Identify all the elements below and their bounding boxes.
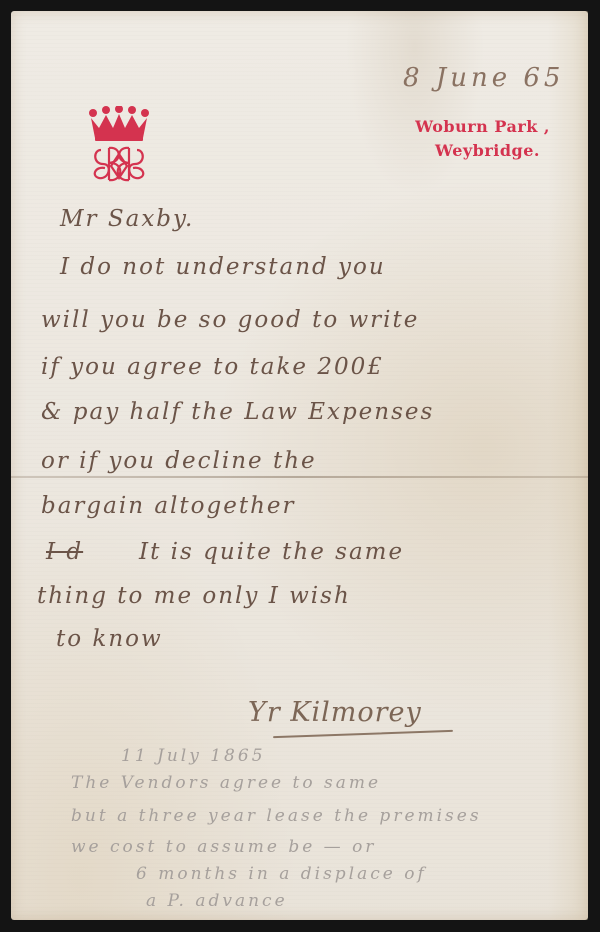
body-line-5: or if you decline the	[41, 448, 317, 474]
pencil-note-line-2: but a three year lease the premises	[71, 806, 482, 826]
fold-crease	[11, 476, 588, 478]
crown-monogram-icon	[87, 106, 151, 186]
body-line-2: will you be so good to write	[41, 307, 419, 333]
scan-stage: Woburn Park , Weybridge. 8 June 65 Mr Sa…	[0, 0, 600, 932]
signature: Yr Kilmorey	[248, 697, 422, 728]
letter-paper: Woburn Park , Weybridge. 8 June 65 Mr Sa…	[11, 11, 588, 920]
salutation: Mr Saxby.	[60, 206, 194, 232]
body-line-1: I do not understand you	[60, 254, 386, 280]
letterhead-address: Woburn Park , Weybridge.	[415, 115, 550, 163]
letter-date: 8 June 65	[403, 63, 564, 93]
letterhead-line2: Weybridge.	[415, 139, 540, 163]
signature-underline	[273, 730, 453, 738]
body-line-9: to know	[56, 626, 163, 652]
pencil-note-line-5: a P. advance	[146, 891, 288, 911]
body-line-7: It is quite the same	[139, 539, 404, 565]
pencil-note-date: 11 July 1865	[121, 746, 266, 766]
body-line-6: bargain altogether	[41, 493, 296, 519]
pencil-note-line-4: 6 months in a displace of	[136, 864, 427, 884]
body-line-3: if you agree to take 200£	[41, 354, 384, 380]
pencil-note-line-1: The Vendors agree to same	[71, 773, 381, 793]
pencil-note-line-3: we cost to assume be — or	[71, 837, 376, 857]
struck-word: I d	[46, 539, 83, 565]
body-line-4: & pay half the Law Expenses	[41, 399, 434, 425]
paper-stain	[548, 11, 588, 920]
body-line-8: thing to me only I wish	[37, 583, 351, 609]
letterhead-line1: Woburn Park ,	[415, 115, 550, 139]
